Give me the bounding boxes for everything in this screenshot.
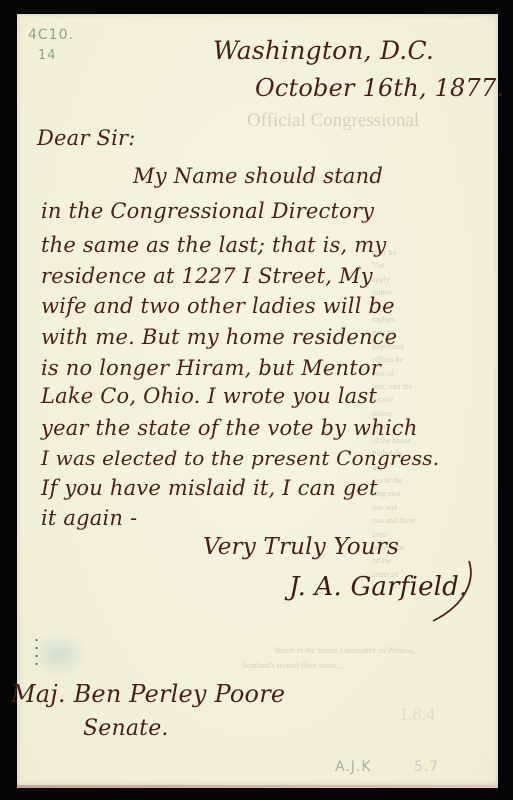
pin-holes	[35, 636, 38, 666]
signature-flourish-icon	[427, 559, 477, 629]
bleed-through-word: their ho	[372, 246, 492, 259]
recipient-name: Maj. Ben Perley Poore	[11, 680, 285, 708]
bleed-through-word: cost of	[372, 367, 492, 380]
bleed-through-word: him; and the	[372, 380, 492, 393]
bleed-through-word: apply	[372, 273, 492, 286]
body-line: residence at 1227 I Street, My	[41, 264, 373, 288]
letter-page: Official Congressional FIRST SESSION the…	[17, 14, 498, 785]
body-line: is no longer Hiram, but Mentor	[41, 356, 381, 380]
salutation-text: Dear Sir:	[37, 126, 136, 150]
archive-initials: A.J.K	[335, 759, 372, 775]
body-line: it again -	[41, 506, 137, 530]
body-line: I was elected to the present Congress.	[41, 446, 439, 470]
archive-catalog-number: 4C10.	[28, 27, 74, 43]
bleed-through-word: two and three	[372, 514, 492, 527]
letter-closing: Very Truly Yours	[203, 534, 399, 560]
bleed-through-word: one and	[372, 501, 492, 514]
body-line: wife and two other ladies will be	[41, 294, 395, 318]
body-line: in the Congressional Directory	[41, 199, 374, 223]
letter-place: Washington, D.C.	[213, 36, 434, 65]
bleed-through-footer-line-2: Scotland's second-floor stairs, ...	[242, 661, 346, 670]
paper-bottom-edge	[17, 785, 498, 788]
paper-stain	[29, 632, 89, 677]
bleed-through-word: ion of the	[372, 474, 492, 487]
bleed-through-word: offices be	[372, 353, 492, 366]
body-line: the same as the last; that is, my	[41, 233, 386, 257]
letter-date: October 16th, 1877.	[255, 74, 504, 102]
bleed-through-heading: Official Congressional	[247, 110, 419, 132]
recipient-location: Senate.	[83, 716, 169, 741]
archive-page-mark: 5.7	[414, 759, 439, 775]
archive-faint-number: 1.8.4	[399, 704, 435, 725]
body-line: year the state of the vote by which	[41, 416, 418, 440]
bleed-through-footer-line-1: Room of the Senate Committee on Printing…	[275, 646, 416, 655]
bleed-through-word: ning east	[372, 487, 492, 500]
body-line: My Name should stand	[133, 164, 383, 188]
body-line: Lake Co, Ohio. I wrote you last	[41, 384, 377, 408]
body-line: with me. But my home residence	[41, 325, 397, 349]
archive-sub-number: 14	[38, 48, 57, 63]
bleed-through-word: Senate	[372, 393, 492, 406]
bleed-through-word: The	[372, 259, 492, 272]
body-line: If you have mislaid it, I can get	[41, 476, 378, 500]
